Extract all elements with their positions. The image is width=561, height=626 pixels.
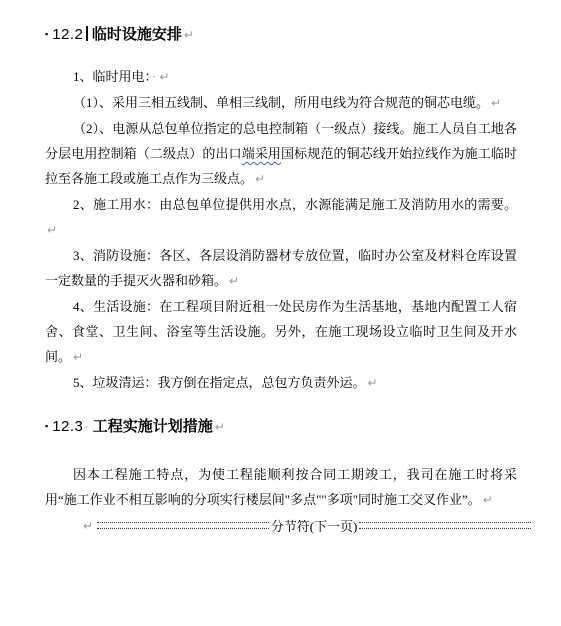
paragraph-mark-icon: ↵ (491, 96, 501, 110)
para-power-item-2[interactable]: （2）、电源从总包单位指定的总电控制箱（一级点）接线。施工人员自工地各分层电用控… (45, 116, 517, 192)
para-fire-facilities[interactable]: 3、消防设施：各区、各层设消防器材专放位置，临时办公室及材料仓库设置一定数量的手… (45, 243, 517, 294)
para-text: 2、施工用水：由总包单位提供用水点，水源能满足施工及消防用水的需要。 (73, 197, 517, 212)
para-text: 1、临时用电： (73, 69, 151, 84)
paragraph-mark-icon: ↵ (47, 223, 57, 237)
paragraph-mark-icon: ↵ (229, 274, 239, 288)
section-break-label: 分节符(下一页) (269, 516, 360, 535)
paragraph-mark-icon: ↵ (215, 420, 225, 434)
para-text: 3、消防设施：各区、各层设消防器材专放位置，临时办公室及材料仓库设置一定数量的手… (45, 248, 517, 288)
space-mark-icon: · (84, 419, 88, 434)
section-break-dotted-line (97, 522, 269, 529)
text-cursor (86, 26, 88, 41)
heading-12-2-title: 临时设施安排 (92, 27, 182, 43)
heading-12-2-number: 12.2 (52, 26, 83, 43)
para-garbage-removal[interactable]: 5、垃圾清运：我方倒在指定点，总包方负责外运。↵ (45, 370, 517, 396)
heading-12-2[interactable]: ▪12.2临时设施安排↵ (45, 24, 517, 46)
para-construction-water[interactable]: 2、施工用水：由总包单位提供用水点，水源能满足施工及消防用水的需要。↵ (45, 192, 517, 243)
para-living-facilities[interactable]: 4、生活设施：在工程项目附近租一处民房作为生活基地，基地内配置工人宿舍、食堂、卫… (45, 294, 517, 370)
paragraph-mark-icon: ↵ (83, 519, 93, 533)
section-break-dotted-line (359, 522, 531, 529)
heading-12-3[interactable]: ▪12.3·工程实施计划措施↵ (45, 416, 517, 438)
paragraph-mark-icon: ↵ (73, 350, 83, 364)
paragraph-mark-icon: ↵ (255, 172, 265, 186)
outline-bullet-icon: ▪ (45, 29, 48, 39)
paragraph-mark-icon: ↵ (483, 493, 493, 507)
paragraph-mark-icon: ↵ (159, 70, 169, 84)
space-mark-icon: · (152, 69, 156, 84)
para-text: 5、垃圾清运：我方倒在指定点，总包方负责外运。 (73, 375, 366, 390)
paragraph-mark-icon: ↵ (368, 376, 378, 390)
outline-bullet-icon: ▪ (45, 421, 48, 431)
paragraph-mark-icon: ↵ (184, 28, 194, 42)
heading-12-3-number: 12.3 (52, 418, 83, 435)
para-implementation-plan[interactable]: 因本工程施工特点，为使工程能顺利按合同工期竣工，我司在施工时将采用“施工作业不相… (45, 462, 517, 513)
para-text: 因本工程施工特点，为使工程能顺利按合同工期竣工，我司在施工时将采用“施工作业不相… (45, 467, 517, 507)
para-text: 4、生活设施：在工程项目附近租一处民房作为生活基地，基地内配置工人宿舍、食堂、卫… (45, 299, 517, 364)
heading-12-3-title: 工程实施计划措施 (93, 419, 213, 435)
document-content: ▪12.2临时设施安排↵ 1、临时用电：·↵ （1）、采用三相五线制、单相三线制… (45, 0, 517, 538)
para-power-item-1[interactable]: （1）、采用三相五线制、单相三线制，所用电线为符合规范的铜芯电缆。↵ (45, 90, 517, 116)
document-page: ▪12.2临时设施安排↵ 1、临时用电：·↵ （1）、采用三相五线制、单相三线制… (0, 0, 561, 626)
para-temp-power-label[interactable]: 1、临时用电：·↵ (45, 64, 517, 90)
section-break-next-page: ↵ 分节符(下一页) (83, 513, 531, 538)
grammar-check-wavy-text: 端采用 (242, 146, 281, 161)
para-text: （1）、采用三相五线制、单相三线制，所用电线为符合规范的铜芯电缆。 (73, 95, 489, 110)
